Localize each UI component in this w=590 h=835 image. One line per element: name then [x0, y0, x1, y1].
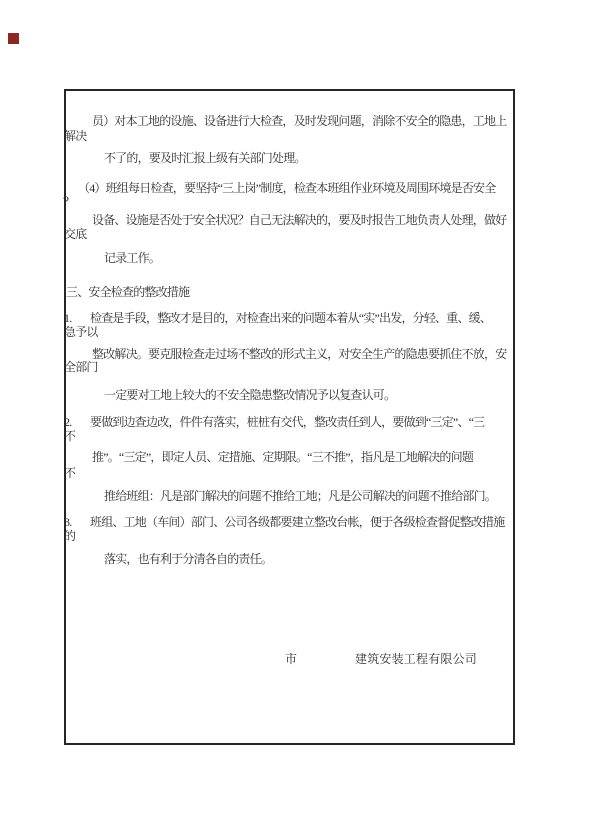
text-line: 急予以	[64, 325, 98, 339]
text-line: 交底	[64, 227, 86, 241]
scanned-document-page: 员）对本工地的设施、设备进行大检查，及时发现问题，消除不安全的隐患，工地上解决不…	[0, 0, 590, 835]
text-line: 班组、工地（车间）部门、公司各级都要建立整改台帐，便于各级检查督促整改措施	[90, 515, 504, 529]
text-line: 整改解决。要克服检查走过场不整改的形式主义，对安全生产的隐患要抓住不放，安	[92, 347, 506, 361]
text-line: 解决	[64, 129, 86, 143]
text-line: 员）对本工地的设施、设备进行大检查，及时发现问题，消除不安全的隐患，工地上	[92, 114, 506, 128]
text-line: 三、安全检查的整改措施	[66, 285, 189, 299]
footer-city-label: 市	[285, 652, 297, 666]
text-line: 3.	[64, 515, 71, 529]
text-line: 推给班组：凡是部门解决的问题不推给工地；凡是公司解决的问题不推给部门。	[104, 489, 496, 503]
text-line: （4）班组每日检查，要坚持“三上岗”制度，检查本班组作业环境及周围环境是否安全	[78, 181, 495, 195]
text-line: 2.	[64, 415, 71, 429]
text-line: 不	[64, 429, 75, 443]
text-line: 不了的，要及时汇报上级有关部门处理。	[104, 151, 306, 165]
footer-company-name: 建筑安装工程有限公司	[355, 652, 477, 666]
text-line: 推”。“三定”，即定人员、定措施、定期限。“三不推”，指凡是工地解决的问题	[92, 450, 473, 464]
text-line: 一定要对工地上较大的不安全隐患整改情况予以复查认可。	[104, 388, 395, 402]
text-line: 检查是手段，整改才是目的，对检查出来的问题本着从“实”出发，分轻、重、缓、	[90, 311, 491, 325]
text-line: 不	[64, 466, 75, 480]
text-line: 落实，也有利于分清各自的责任。	[104, 552, 272, 566]
text-line: 设备、设施是否处于安全状况？自己无法解决的，要及时报告工地负责人处理，做好	[92, 213, 506, 227]
text-line: 全部门	[64, 360, 98, 374]
text-line: 的	[64, 529, 75, 543]
text-line: ？	[63, 195, 74, 209]
text-line: 记录工作。	[104, 251, 160, 265]
text-line: 要做到边查边改，件件有落实，桩桩有交代，整改责任到人，要做到“三定”、“三	[90, 415, 484, 429]
text-line: 1.	[64, 311, 71, 325]
document-text-layer: 员）对本工地的设施、设备进行大检查，及时发现问题，消除不安全的隐患，工地上解决不…	[0, 0, 590, 835]
